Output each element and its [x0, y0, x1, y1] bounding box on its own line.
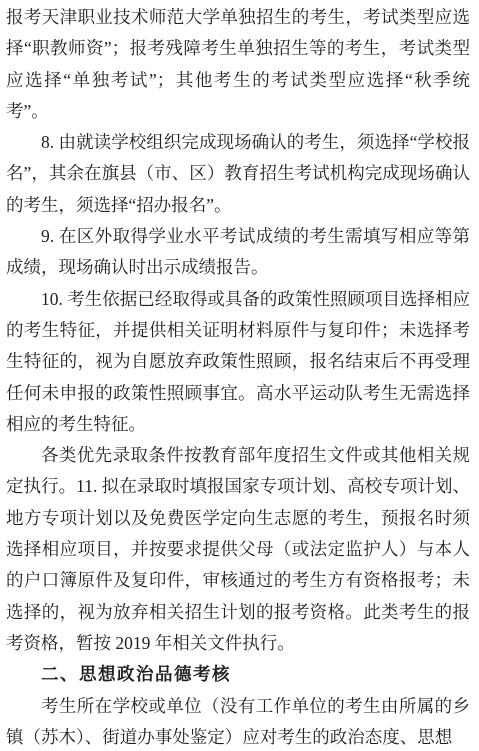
paragraph-item-11-special-plans: 各类优先录取条件按教育部年度招生文件或其他相关规定执行。11. 拟在录取时填报国… [6, 440, 470, 659]
document-page: 报考天津职业技术师范大学单独招生的考生，考试类型应选择“职教师资”；报考残障考生… [0, 0, 479, 751]
paragraph-exam-type-rules: 报考天津职业技术师范大学单独招生的考生，考试类型应选择“职教师资”；报考残障考生… [6, 2, 470, 127]
paragraph-section-2-assessment-body: 考生所在学校或单位（没有工作单位的考生由所属的乡镇（苏木）、街道办事处鉴定）应对… [6, 691, 470, 751]
paragraph-item-8-onsite-confirmation: 8. 由就读学校组织完成现场确认的考生，须选择“学校报名”，其余在旗县（市、区）… [6, 127, 470, 221]
section-heading-ideological-moral-assessment: 二、思想政治品德考核 [6, 659, 470, 690]
paragraph-item-9-academic-test-scores: 9. 在区外取得学业水平考试成绩的考生需填写相应等第成绩，现场确认时出示成绩报告… [6, 221, 470, 284]
paragraph-item-10-policy-preference: 10. 考生依据已经取得或具备的政策性照顾项目选择相应的考生特征，并提供相关证明… [6, 284, 470, 440]
